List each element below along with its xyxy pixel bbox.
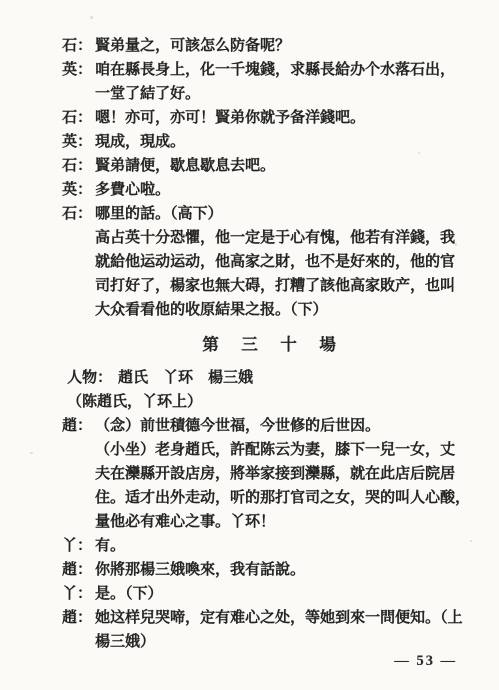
dialogue-text: 哪里的話。（高下） [95,202,479,226]
page-number: — 53 — [394,653,457,670]
speaker-label: 英： [62,58,95,82]
cast-names: 趙氏 丫环 楊三娥 [118,370,253,386]
scan-speck [455,243,457,246]
dialogue-line: 英：多費心啦。 [62,178,479,202]
dialogue-text: 你將那楊三娥喚來，我有話說。 [95,558,479,582]
dialogue-line: 石：賢弟請便，歇息歇息去吧。 [62,154,479,178]
scan-speck [470,540,472,542]
dialogue-text: 是。（下） [95,582,479,606]
dialogue-line: 石：嗯！亦可，亦可！賢弟你就予备洋錢吧。 [62,106,479,130]
dialogue-text: 賢弟請便，歇息歇息去吧。 [95,154,479,178]
scan-speck [418,152,420,154]
speaker-label: 趙： [62,606,95,630]
dialogue-text: 嗯！亦可，亦可！賢弟你就予备洋錢吧。 [95,106,479,130]
dialogue-line: 丫：是。（下） [62,582,479,606]
dialogue-text: 有。 [95,534,479,558]
scan-speck [30,452,33,454]
dialogue-text: 她这样兒哭啼，定有难心之处，等她到來一問便知。（上 楊三娥） [95,606,479,654]
speaker-label: 丫： [62,534,95,558]
dialogue-line: 趙：她这样兒哭啼，定有难心之处，等她到來一問便知。（上 楊三娥） [62,606,479,654]
speaker-label: 石： [62,202,95,226]
scene-heading: 第 三 十 場 [62,333,479,357]
dialogue-text: 咱在縣長身上，化一千塊錢，求縣長給办个水落石出， 一堂了結了好。 [95,58,479,106]
scan-speck [90,16,93,19]
dialogue-line: 石：哪里的話。（高下） [62,202,479,226]
speaker-label: 石： [62,34,95,58]
speaker-label: 趙： [62,558,95,582]
dialogue-text: 多費心啦。 [95,178,479,202]
dialogue-line: 趙：（念）前世積德今世福，今世修的后世因。 [62,414,479,438]
dialogue-line: 趙：你將那楊三娥喚來，我有話說。 [62,558,479,582]
speaker-label: 石： [62,106,95,130]
speaker-label: 英： [62,178,95,202]
script-body: 石：賢弟量之，可該怎么防备呢？英：咱在縣長身上，化一千塊錢，求縣長給办个水落石出… [62,34,479,654]
narration-paragraph: 高占英十分恐懼，他一定是于心有愧，他若有洋錢，我 就給他运动运动，他高家之財，也… [95,226,479,322]
dialogue-line: 石：賢弟量之，可該怎么防备呢？ [62,34,479,58]
narration-paragraph: （小坐）老身趙氏，許配陈云为妻，膝下一兒一女，丈 夫在灤縣开設店房，將举家接到灤… [95,438,479,534]
dialogue-text: 賢弟量之，可該怎么防备呢？ [95,34,479,58]
speaker-label: 趙： [62,414,95,438]
dialogue-line: 英：現成，現成。 [62,130,479,154]
cast-list-line: 人物：趙氏 丫环 楊三娥 [62,366,479,390]
speaker-label: 英： [62,130,95,154]
dialogue-text: （念）前世積德今世福，今世修的后世因。 [95,414,479,438]
speaker-label: 石： [62,154,95,178]
dialogue-line: 英：咱在縣長身上，化一千塊錢，求縣長給办个水落石出， 一堂了結了好。 [62,58,479,106]
dialogue-text: 現成，現成。 [95,130,479,154]
script-page: 石：賢弟量之，可該怎么防备呢？英：咱在縣長身上，化一千塊錢，求縣長給办个水落石出… [0,0,499,690]
dialogue-line: 丫：有。 [62,534,479,558]
speaker-label: 丫： [62,582,95,606]
stage-direction: （陈趙氏，丫环上） [62,390,479,414]
cast-label: 人物： [67,370,112,386]
